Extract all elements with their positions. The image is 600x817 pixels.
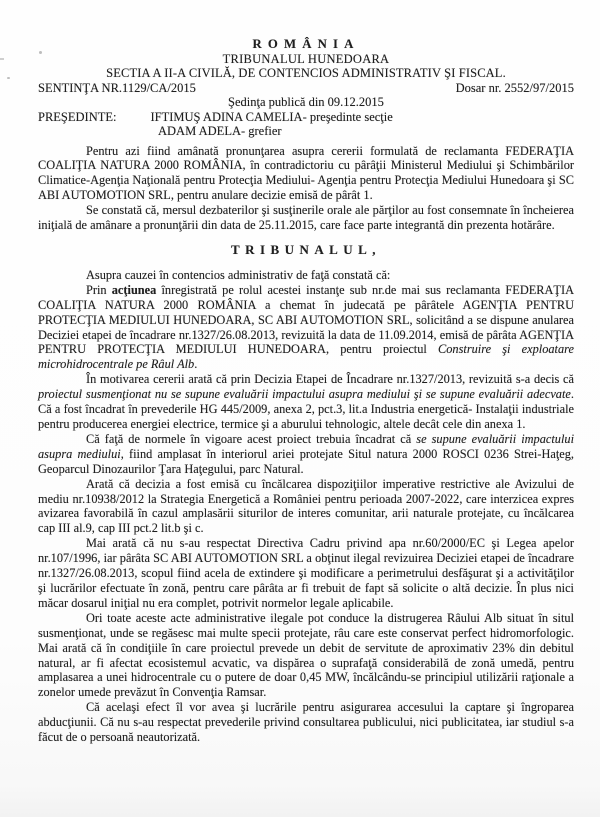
president-name: IFTIMUŞ ADINA CAMELIA- preşedinte secţie bbox=[150, 110, 392, 125]
text-run: proiectul susmenţionat nu se supune eval… bbox=[38, 387, 571, 401]
paragraph: Asupra cauzei în contencios administrati… bbox=[38, 268, 574, 283]
scan-edge-mark bbox=[0, 58, 4, 60]
text-run: Pentru azi fiind amânată pronunţarea asu… bbox=[38, 144, 574, 203]
paragraph: Ori toate aceste acte administrative ile… bbox=[38, 611, 574, 700]
court-name: TRIBUNALUL HUNEDOARA bbox=[38, 52, 574, 67]
paragraph: În motivarea cererii arată că prin Deciz… bbox=[38, 372, 574, 432]
sentence-number: SENTINŢA NR.1129/CA/2015 bbox=[38, 81, 196, 96]
president-label: PREŞEDINTE: bbox=[38, 110, 116, 125]
text-run: Ori toate aceste acte administrative ile… bbox=[38, 611, 574, 700]
scan-speck bbox=[39, 51, 42, 54]
scan-speck bbox=[7, 77, 10, 79]
session-date: Şedinţa publică din 09.12.2015 bbox=[38, 95, 574, 110]
paragraph: Prin acţiunea înregistrată pe rolul aces… bbox=[38, 283, 574, 372]
text-run: Se constată că, mersul dezbaterilor şi s… bbox=[38, 203, 574, 232]
body-section: Asupra cauzei în contencios administrati… bbox=[38, 268, 574, 745]
text-run: Asupra cauzei în contencios administrati… bbox=[86, 268, 390, 282]
paragraph: Că faţă de normele în vigoare acest proi… bbox=[38, 432, 574, 477]
paragraph: Pentru azi fiind amânată pronunţarea asu… bbox=[38, 144, 574, 204]
section-name: SECTIA A II-A CIVILĂ, DE CONTENCIOS ADMI… bbox=[38, 66, 574, 81]
paragraph: Mai arată că nu s-au respectat Directiva… bbox=[38, 536, 574, 611]
intro-section: Pentru azi fiind amânată pronunţarea asu… bbox=[38, 144, 574, 233]
text-run: Mai arată că nu s-au respectat Directiva… bbox=[38, 536, 574, 610]
text-run: . bbox=[194, 357, 197, 371]
tribunal-heading: TRIBUNALUL, bbox=[38, 242, 574, 258]
text-run: acţiunea bbox=[112, 283, 157, 297]
case-number: Dosar nr. 2552/97/2015 bbox=[456, 81, 574, 96]
text-run: Arată că decizia a fost emisă cu încălca… bbox=[38, 477, 574, 536]
case-row: SENTINŢA NR.1129/CA/2015 Dosar nr. 2552/… bbox=[38, 81, 574, 96]
scanned-court-document-page: ROMÂNIA TRIBUNALUL HUNEDOARA SECTIA A II… bbox=[0, 0, 600, 817]
text-run: Că acelaşi efect îl vor avea şi lucrăril… bbox=[38, 700, 574, 744]
text-run: Prin bbox=[86, 283, 112, 297]
paragraph: Se constată că, mersul dezbaterilor şi s… bbox=[38, 203, 574, 233]
document-header: ROMÂNIA TRIBUNALUL HUNEDOARA SECTIA A II… bbox=[38, 37, 574, 139]
clerk-name: ADAM ADELA- grefier bbox=[158, 124, 574, 139]
president-row: PREŞEDINTE: IFTIMUŞ ADINA CAMELIA- preşe… bbox=[38, 110, 574, 125]
paragraph: Arată că decizia a fost emisă cu încălca… bbox=[38, 477, 574, 537]
paragraph: Că acelaşi efect îl vor avea şi lucrăril… bbox=[38, 700, 574, 745]
text-run: Că faţă de normele în vigoare acest proi… bbox=[86, 432, 416, 446]
country-title: ROMÂNIA bbox=[38, 37, 574, 52]
text-run: În motivarea cererii arată că prin Deciz… bbox=[86, 372, 574, 386]
